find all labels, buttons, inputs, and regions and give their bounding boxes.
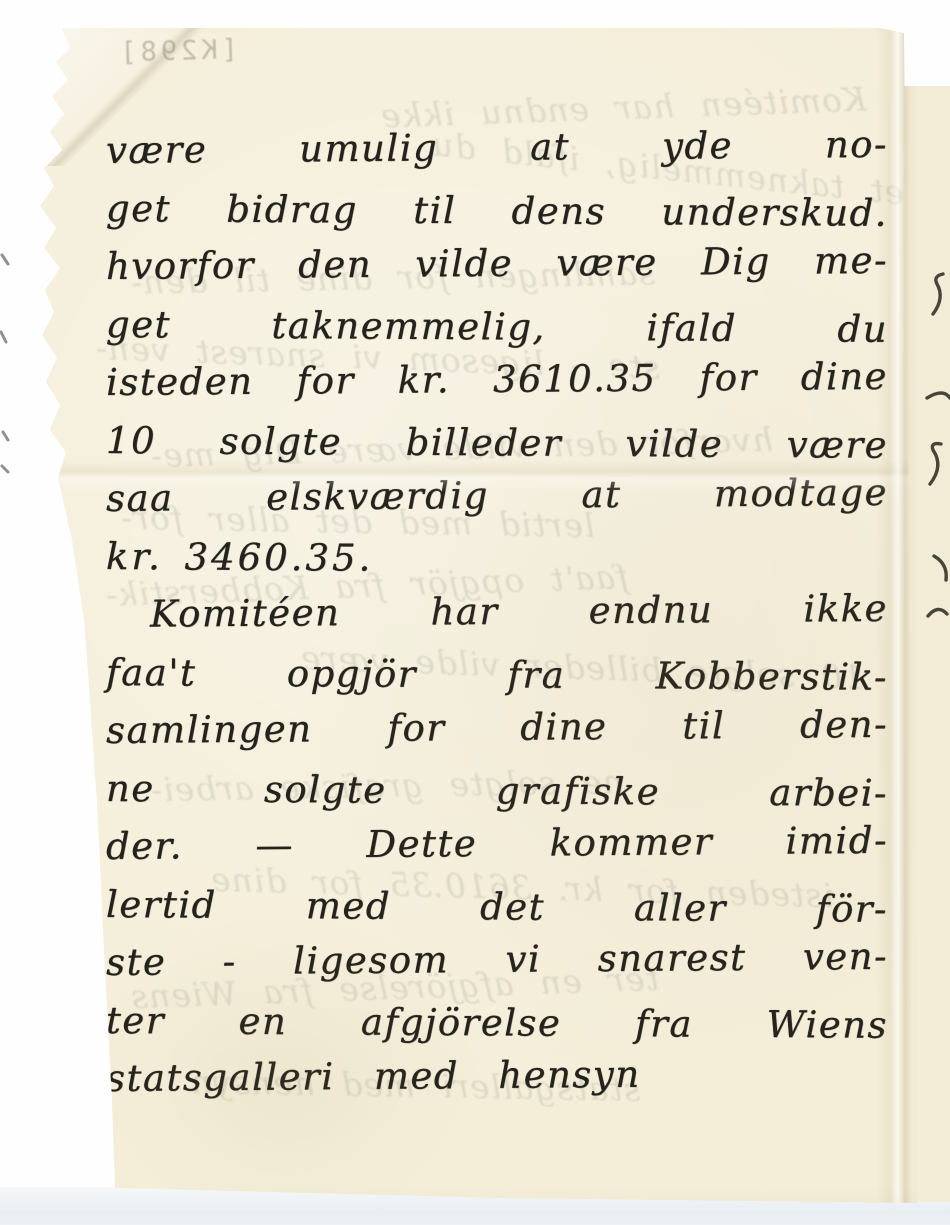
letter-line: Komitéen har endnu ikke (106, 580, 888, 644)
letter-line: samlingen for dine til den- (106, 696, 888, 760)
letter-line: ste - ligesom vi snarest ven- (106, 928, 888, 992)
letter-line: være umulig at yde no- (106, 116, 888, 180)
letter-line: saa elskværdig at modtage (106, 464, 888, 528)
letter-line: der. — Dette kommer imid- (106, 812, 888, 876)
letter-sheet: [K298] Komitéen har endnu ikke get takne… (0, 0, 950, 1225)
letter-line: statsgalleri med hensyn (106, 1044, 888, 1108)
letter-body-text: være umulig at yde no- get bidrag til de… (106, 122, 888, 1108)
scanned-letter-page: [K298] Komitéen har endnu ikke get takne… (0, 0, 950, 1225)
letter-line: hvorfor den vilde være Dig me- (106, 232, 888, 296)
letter-line: isteden for kr. 3610.35 for dine (106, 348, 888, 412)
left-edge-ink-fragments (0, 0, 14, 520)
archive-stamp-mirrored: [K298] (87, 34, 238, 80)
